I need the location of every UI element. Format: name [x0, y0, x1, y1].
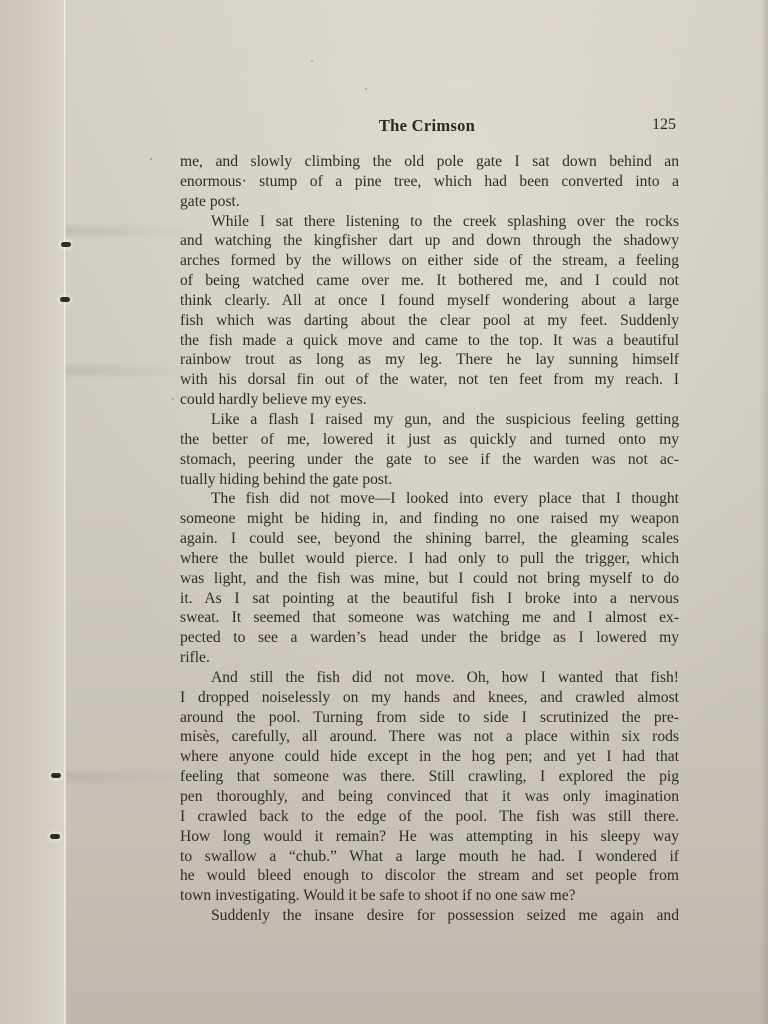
staple-icon — [60, 297, 70, 302]
text-line: pected to see a warden’s head under the … — [180, 628, 679, 648]
text-line: pen thoroughly, and being convinced that… — [180, 787, 679, 807]
text-line: The fish did not move—I looked into ever… — [180, 489, 679, 509]
text-line: stomach, peering under the gate to see i… — [180, 450, 679, 470]
text-line: of being watched came over me. It bother… — [180, 271, 679, 291]
text-line: I crawled back to the edge of the pool. … — [180, 807, 679, 827]
staple-icon — [50, 834, 60, 839]
text-line: it. As I sat pointing at the beautiful f… — [180, 589, 679, 609]
text-line: Like a flash I raised my gun, and the su… — [180, 410, 679, 430]
page-shadow — [760, 0, 768, 1024]
text-line: tually hiding behind the gate post. — [180, 470, 679, 490]
text-line: someone might be hiding in, and finding … — [180, 509, 679, 529]
text-line: How long would it remain? He was attempt… — [180, 827, 679, 847]
running-title: The Crimson — [178, 116, 676, 136]
text-line: rifle. — [180, 648, 679, 668]
text-line: enormous· stump of a pine tree, which ha… — [180, 172, 679, 192]
facing-page-edge — [0, 0, 66, 1024]
body-text: me, and slowly climbing the old pole gat… — [180, 152, 679, 926]
text-line: While I sat there listening to the creek… — [180, 212, 679, 232]
text-line: where the bullet would pierce. I had onl… — [180, 549, 679, 569]
paper-speck — [311, 60, 313, 62]
text-line: rainbow trout as long as my leg. There h… — [180, 350, 679, 370]
staple-icon — [51, 773, 61, 778]
staple-icon — [61, 242, 71, 247]
text-line: the fish made a quick move and came to t… — [180, 331, 679, 351]
text-line: I dropped noiselessly on my hands and kn… — [180, 688, 679, 708]
paper-speck — [150, 158, 152, 160]
text-line: again. I could see, beyond the shining b… — [180, 529, 679, 549]
text-line: to swallow a “chub.” What a large mouth … — [180, 847, 679, 867]
text-line: could hardly believe my eyes. — [180, 390, 679, 410]
text-line: me, and slowly climbing the old pole gat… — [180, 152, 679, 172]
page-header: The Crimson 125 — [178, 116, 676, 138]
page-number: 125 — [652, 116, 676, 134]
text-line: And still the fish did not move. Oh, how… — [180, 668, 679, 688]
text-line: the better of me, lowered it just as qui… — [180, 430, 679, 450]
paper-speck — [172, 398, 174, 400]
text-line: was light, and the fish was mine, but I … — [180, 569, 679, 589]
text-line: feeling that someone was there. Still cr… — [180, 767, 679, 787]
text-line: and watching the kingfisher dart up and … — [180, 231, 679, 251]
scanned-book-page: The Crimson 125 me, and slowly climbing … — [0, 0, 768, 1024]
text-line: fish which was darting about the clear p… — [180, 311, 679, 331]
text-line: misès, carefully, all around. There was … — [180, 727, 679, 747]
text-line: where anyone could hide except in the ho… — [180, 747, 679, 767]
text-line: sweat. It seemed that someone was watchi… — [180, 608, 679, 628]
text-line: gate post. — [180, 192, 679, 212]
text-line: town investigating. Would it be safe to … — [180, 886, 679, 906]
text-line: around the pool. Turning from side to si… — [180, 708, 679, 728]
paper-speck — [365, 88, 367, 90]
text-line: Suddenly the insane desire for possessio… — [180, 906, 679, 926]
text-line: he would bleed enough to discolor the st… — [180, 866, 679, 886]
text-line: with his dorsal fin out of the water, no… — [180, 370, 679, 390]
text-line: arches formed by the willows on either s… — [180, 251, 679, 271]
text-line: think clearly. All at once I found mysel… — [180, 291, 679, 311]
binding-fold — [64, 0, 67, 1024]
